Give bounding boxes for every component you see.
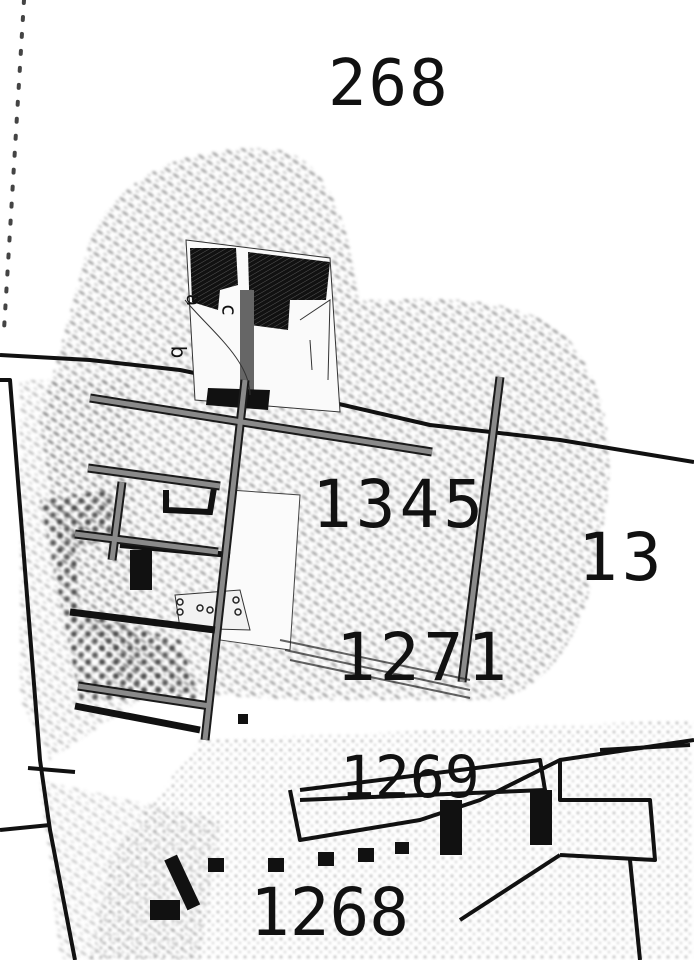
parcel-label-268-north: 268 [328, 52, 450, 116]
sketch-label-c: c [220, 305, 240, 316]
parcel-label-13-partial: 13 [578, 525, 665, 591]
parcel-label-1345: 1345 [312, 472, 487, 538]
historic-building-sketch [185, 240, 340, 412]
sketch-label-a: a [184, 294, 204, 306]
sketch-label-b: b [168, 346, 188, 359]
dotted-edge-line [4, 0, 24, 330]
parcel-label-1269: 1269 [340, 748, 480, 806]
parcel-label-1268: 1268 [250, 880, 409, 946]
parcel-label-1271: 1271 [336, 625, 511, 691]
